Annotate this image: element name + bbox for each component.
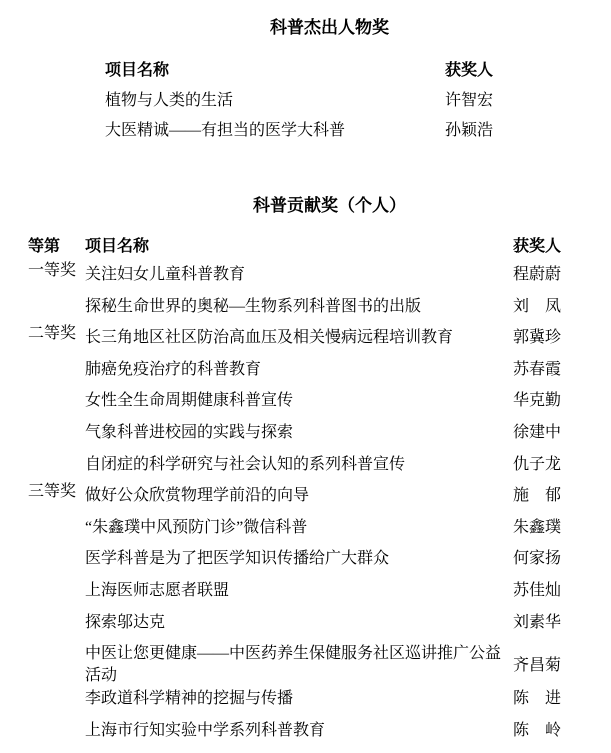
project-name-cell: 大医精诚——有担当的医学大科普 [105,120,445,141]
column-header-grade: 等第 [28,236,85,257]
table-row: 大医精诚——有担当的医学大科普 孙颖浩 [105,120,575,150]
project-name-cell: 肺癌免疫治疗的科普教育 [85,359,513,380]
project-name-cell: 中医让您更健康——中医药养生保健服务社区巡讲推广公益活动 [85,643,513,687]
table-row: 一等奖 关注妇女儿童科普教育 程蔚蔚 [28,264,608,296]
winner-name-cell: 程蔚蔚 [513,264,608,285]
project-name-cell: 长三角地区社区防治高血压及相关慢病远程培训教育 [85,327,513,348]
project-name-cell: 探索邬达克 [85,612,513,633]
table-row: 二等奖 长三角地区社区防治高血压及相关慢病远程培训教育 郭冀珍 [28,327,608,359]
winner-name-cell: 刘素华 [513,612,608,633]
section2-title: 科普贡献奖（个人） [48,196,611,216]
table-row: 医学科普是为了把医学知识传播给广大群众 何家扬 [28,548,608,580]
winner-name-cell: 陈 进 [513,688,608,709]
table-row: 中医让您更健康——中医药养生保健服务社区巡讲推广公益活动 齐昌菊 [28,643,608,688]
table-row: “朱鑫璞中风预防门诊”微信科普 朱鑫璞 [28,517,608,549]
table-row: 上海医师志愿者联盟 苏佳灿 [28,580,608,612]
project-name-cell: 上海市行知实验中学系列科普教育 [85,720,513,741]
award-document-page: 科普杰出人物奖 项目名称 获奖人 植物与人类的生活 许智宏 大医精诚——有担当的… [0,0,611,753]
table-row: 李政道科学精神的挖掘与传播 陈 进 [28,688,608,720]
project-name-cell: 关注妇女儿童科普教育 [85,264,513,285]
project-name-cell: 做好公众欣赏物理学前沿的向导 [85,485,513,506]
section2-header-row: 等第 项目名称 获奖人 [28,236,608,264]
table-row: 气象科普进校园的实践与探索 徐建中 [28,422,608,454]
table-row: 肺癌免疫治疗的科普教育 苏春霞 [28,359,608,391]
winner-name-cell: 何家扬 [513,548,608,569]
grade-label: 一等奖 [28,260,85,281]
table-row: 上海市行知实验中学系列科普教育 陈 岭 [28,720,608,752]
winner-name-cell: 施 郁 [513,485,608,506]
winner-name-cell: 郭冀珍 [513,327,608,348]
column-header-project: 项目名称 [85,236,513,257]
project-name-cell: 自闭症的科学研究与社会认知的系列科普宣传 [85,454,513,475]
section1-award-table: 项目名称 获奖人 植物与人类的生活 许智宏 大医精诚——有担当的医学大科普 孙颖… [105,60,575,150]
project-name-cell: 女性全生命周期健康科普宣传 [85,390,513,411]
project-name-cell: 李政道科学精神的挖掘与传播 [85,688,513,709]
winner-name-cell: 孙颖浩 [445,120,565,141]
section1-title: 科普杰出人物奖 [48,18,611,38]
winner-name-cell: 朱鑫璞 [513,517,608,538]
winner-name-cell: 刘 凤 [513,296,608,317]
table-row: 探索邬达克 刘素华 [28,612,608,644]
winner-name-cell: 许智宏 [445,90,565,111]
project-name-cell: “朱鑫璞中风预防门诊”微信科普 [85,517,513,538]
grade-label: 三等奖 [28,481,85,502]
project-name-cell: 医学科普是为了把医学知识传播给广大群众 [85,548,513,569]
column-header-winner: 获奖人 [445,60,565,81]
project-name-cell: 探秘生命世界的奥秘—生物系列科普图书的出版 [85,296,513,317]
winner-name-cell: 陈 岭 [513,720,608,741]
project-name-cell: 气象科普进校园的实践与探索 [85,422,513,443]
winner-name-cell: 苏佳灿 [513,580,608,601]
project-name-cell: 上海医师志愿者联盟 [85,580,513,601]
section1-header-row: 项目名称 获奖人 [105,60,575,90]
winner-name-cell: 苏春霞 [513,359,608,380]
table-row: 植物与人类的生活 许智宏 [105,90,575,120]
column-header-winner: 获奖人 [513,236,608,257]
winner-name-cell: 仇子龙 [513,454,608,475]
winner-name-cell: 徐建中 [513,422,608,443]
table-row: 女性全生命周期健康科普宣传 华克勤 [28,390,608,422]
section2-award-table: 等第 项目名称 获奖人 一等奖 关注妇女儿童科普教育 程蔚蔚 探秘生命世界的奥秘… [28,236,608,751]
project-name-cell: 植物与人类的生活 [105,90,445,111]
winner-name-cell: 华克勤 [513,390,608,411]
table-row: 自闭症的科学研究与社会认知的系列科普宣传 仇子龙 [28,454,608,486]
table-row: 探秘生命世界的奥秘—生物系列科普图书的出版 刘 凤 [28,296,608,328]
column-header-project: 项目名称 [105,60,445,81]
table-row: 三等奖 做好公众欣赏物理学前沿的向导 施 郁 [28,485,608,517]
grade-label: 二等奖 [28,323,85,344]
winner-name-cell: 齐昌菊 [513,655,608,676]
